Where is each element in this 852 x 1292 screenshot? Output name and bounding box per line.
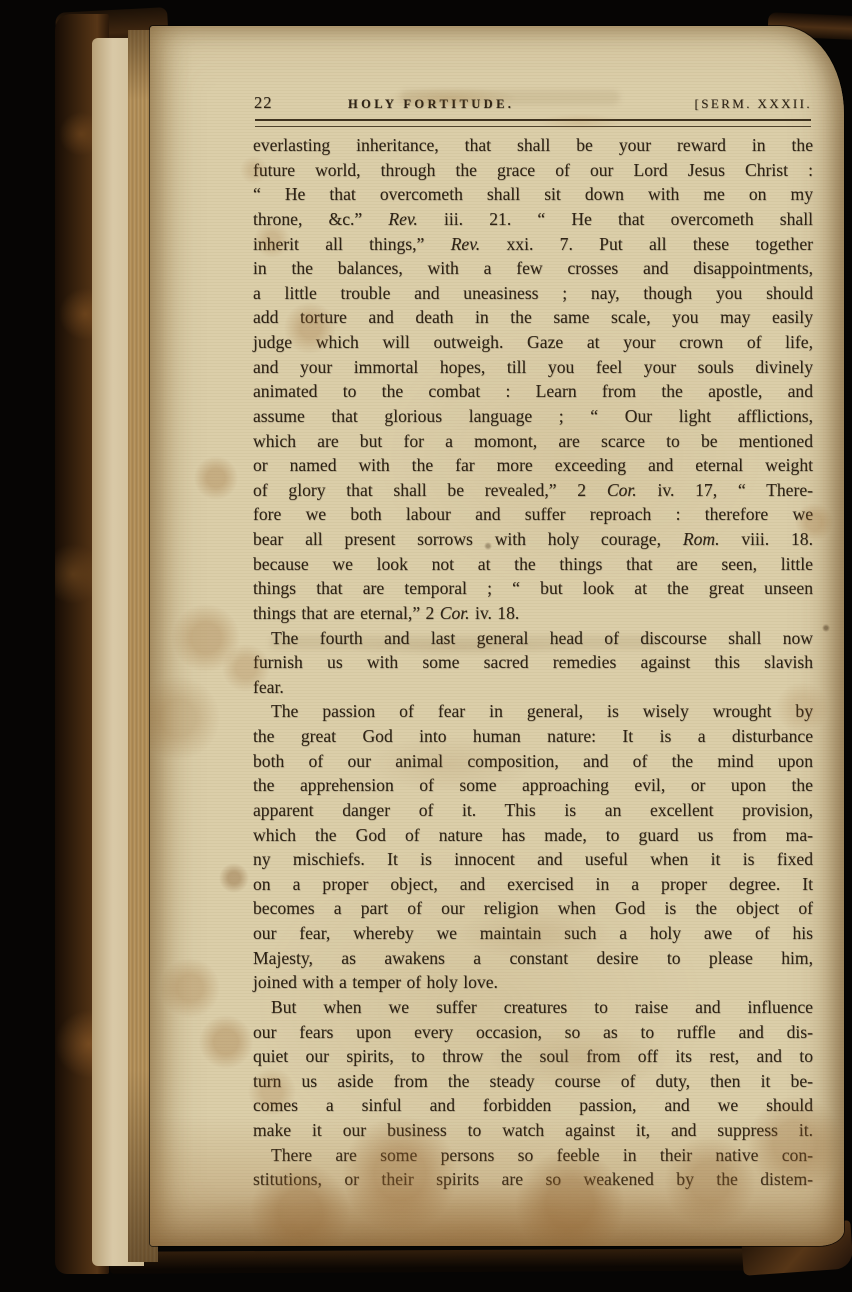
text-segment: because we look not at the things that a… — [253, 554, 813, 574]
text-line: “ He that overcometh shall sit down with… — [253, 182, 813, 207]
text-line: the apprehension of some approaching evi… — [253, 773, 813, 798]
section-label: [SERM. XXXII. — [694, 96, 812, 112]
scripture-reference: Rev. — [451, 234, 480, 254]
leather-cover-bottom-edge — [110, 1248, 804, 1274]
text-segment: assume that glorious language ; “ Our li… — [253, 406, 813, 426]
text-line: But when we suffer creatures to raise an… — [253, 995, 813, 1020]
text-segment: viii. 18. — [719, 529, 813, 549]
text-segment: things that are temporal ; “ but look at… — [253, 578, 813, 598]
text-line: stitutions, or their spirits are so weak… — [253, 1167, 813, 1192]
text-segment: judge which will outweigh. Gaze at your … — [253, 332, 813, 352]
text-line: judge which will outweigh. Gaze at your … — [253, 330, 813, 355]
text-segment: everlasting inheritance, that shall be y… — [253, 135, 813, 155]
text-line: Majesty, as awakens a constant desire to… — [253, 946, 813, 971]
header-double-rule — [255, 119, 811, 127]
text-segment: fear. — [253, 677, 284, 697]
text-line: There are some persons so feeble in thei… — [253, 1143, 813, 1168]
text-segment: turn us aside from the steady course of … — [253, 1071, 813, 1091]
body-text: everlasting inheritance, that shall be y… — [253, 133, 813, 1192]
scripture-reference: Cor. — [607, 480, 637, 500]
text-segment: becomes a part of our religion when God … — [253, 898, 813, 918]
text-line: or named with the far more exceeding and… — [253, 453, 813, 478]
text-line: both of our animal composition, and of t… — [253, 749, 813, 774]
text-segment: the apprehension of some approaching evi… — [253, 775, 813, 795]
running-title: HOLY FORTITUDE. — [348, 97, 514, 112]
scripture-reference: Rev. — [388, 209, 417, 229]
text-segment: in the balances, with a few crosses and … — [253, 258, 813, 278]
text-line: furnish us with some sacred remedies aga… — [253, 650, 813, 675]
text-segment: animated to the combat : Learn from the … — [253, 381, 813, 401]
text-line: animated to the combat : Learn from the … — [253, 379, 813, 404]
text-segment: a little trouble and uneasiness ; nay, t… — [253, 283, 813, 303]
page-header: 22 HOLY FORTITUDE. [SERM. XXXII. — [250, 92, 814, 118]
text-segment: throne, &c.” — [253, 209, 388, 229]
text-segment: future world, through the grace of our L… — [253, 160, 813, 180]
text-column: 22 HOLY FORTITUDE. [SERM. XXXII. everlas… — [250, 92, 814, 118]
text-line: which the God of nature has made, to gua… — [253, 823, 813, 848]
text-segment: and your immortal hopes, till you feel y… — [253, 357, 813, 377]
text-line: bear all present sorrows with holy coura… — [253, 527, 813, 552]
text-segment: But when we suffer creatures to raise an… — [271, 997, 813, 1017]
text-segment: which are but for a momont, are scarce t… — [253, 431, 813, 451]
scripture-reference: Cor. — [440, 603, 470, 623]
text-line: joined with a temper of holy love. — [253, 970, 813, 995]
text-segment: inherit all things,” — [253, 234, 451, 254]
text-segment: Majesty, as awakens a constant desire to… — [253, 948, 813, 968]
text-segment: on a proper object, and exercised in a p… — [253, 874, 813, 894]
text-segment: xxi. 7. Put all these together — [480, 234, 813, 254]
text-segment: “ He that overcometh shall sit down with… — [253, 184, 813, 204]
text-line: a little trouble and uneasiness ; nay, t… — [253, 281, 813, 306]
text-line: fear. — [253, 675, 813, 700]
text-segment: apparent danger of it. This is an excell… — [253, 800, 813, 820]
text-line: ny mischiefs. It is innocent and useful … — [253, 847, 813, 872]
text-line: which are but for a momont, are scarce t… — [253, 429, 813, 454]
text-segment: quiet our spirits, to throw the soul fro… — [253, 1046, 813, 1066]
text-line: add torture and death in the same scale,… — [253, 305, 813, 330]
text-segment: our fears upon every occasion, so as to … — [253, 1022, 813, 1042]
text-segment: both of our animal composition, and of t… — [253, 751, 813, 771]
text-segment: fore we both labour and suffer reproach … — [253, 504, 813, 524]
text-segment: The fourth and last general head of disc… — [271, 628, 813, 648]
text-line: and your immortal hopes, till you feel y… — [253, 355, 813, 380]
text-line: The fourth and last general head of disc… — [253, 626, 813, 651]
book-scan-scene: 22 HOLY FORTITUDE. [SERM. XXXII. everlas… — [0, 0, 852, 1292]
text-segment: or named with the far more exceeding and… — [253, 455, 813, 475]
text-line: inherit all things,” Rev. xxi. 7. Put al… — [253, 232, 813, 257]
text-line: make it our business to watch against it… — [253, 1118, 813, 1143]
text-line: turn us aside from the steady course of … — [253, 1069, 813, 1094]
text-segment: There are some persons so feeble in thei… — [271, 1145, 813, 1165]
text-line: assume that glorious language ; “ Our li… — [253, 404, 813, 429]
text-segment: make it our business to watch against it… — [253, 1120, 813, 1140]
text-segment: add torture and death in the same scale,… — [253, 307, 813, 327]
text-line: on a proper object, and exercised in a p… — [253, 872, 813, 897]
text-line: of glory that shall be revealed,” 2 Cor.… — [253, 478, 813, 503]
text-segment: iii. 21. “ He that overcometh shall — [418, 209, 813, 229]
text-line: things that are eternal,” 2 Cor. iv. 18. — [253, 601, 813, 626]
text-line: future world, through the grace of our L… — [253, 158, 813, 183]
text-line: The passion of fear in general, is wisel… — [253, 699, 813, 724]
text-line: the great God into human nature: It is a… — [253, 724, 813, 749]
text-segment: comes a sinful and forbidden passion, an… — [253, 1095, 813, 1115]
text-line: comes a sinful and forbidden passion, an… — [253, 1093, 813, 1118]
text-line: because we look not at the things that a… — [253, 552, 813, 577]
text-line: throne, &c.” Rev. iii. 21. “ He that ove… — [253, 207, 813, 232]
page-number: 22 — [254, 93, 273, 113]
text-segment: ny mischiefs. It is innocent and useful … — [253, 849, 813, 869]
text-line: fore we both labour and suffer reproach … — [253, 502, 813, 527]
text-segment: joined with a temper of holy love. — [253, 972, 498, 992]
text-segment: The passion of fear in general, is wisel… — [271, 701, 813, 721]
text-line: apparent danger of it. This is an excell… — [253, 798, 813, 823]
text-segment: the great God into human nature: It is a… — [253, 726, 813, 746]
scripture-reference: Rom. — [683, 529, 720, 549]
book-page: 22 HOLY FORTITUDE. [SERM. XXXII. everlas… — [150, 26, 844, 1246]
text-segment: stitutions, or their spirits are so weak… — [253, 1169, 813, 1189]
text-segment: our fear, whereby we maintain such a hol… — [253, 923, 813, 943]
text-line: becomes a part of our religion when God … — [253, 896, 813, 921]
text-line: our fear, whereby we maintain such a hol… — [253, 921, 813, 946]
text-line: our fears upon every occasion, so as to … — [253, 1020, 813, 1045]
text-segment: iv. 18. — [470, 603, 520, 623]
text-line: in the balances, with a few crosses and … — [253, 256, 813, 281]
text-segment: bear all present sorrows with holy coura… — [253, 529, 683, 549]
text-line: things that are temporal ; “ but look at… — [253, 576, 813, 601]
text-segment: furnish us with some sacred remedies aga… — [253, 652, 813, 672]
text-segment: of glory that shall be revealed,” 2 — [253, 480, 607, 500]
text-segment: which the God of nature has made, to gua… — [253, 825, 813, 845]
text-segment: iv. 17, “ There- — [637, 480, 813, 500]
text-line: everlasting inheritance, that shall be y… — [253, 133, 813, 158]
text-segment: things that are eternal,” 2 — [253, 603, 440, 623]
text-line: quiet our spirits, to throw the soul fro… — [253, 1044, 813, 1069]
